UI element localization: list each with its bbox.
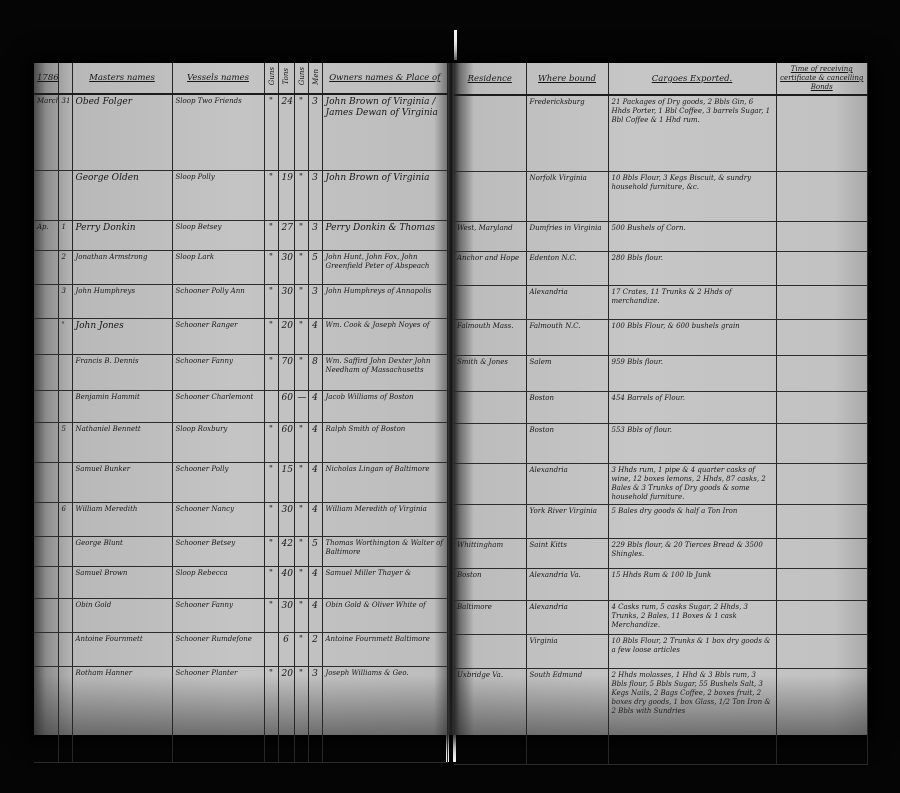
table-row: York River Virginia 5 Bales dry goods & … xyxy=(454,504,868,538)
remarks-cell xyxy=(776,668,868,764)
master-cell: John Jones xyxy=(72,318,172,354)
owners-cell: Ralph Smith of Boston xyxy=(322,422,448,462)
table-row: Alexandria 17 Crates, 11 Trunks & 2 Hhds… xyxy=(454,285,868,319)
col-d-cell: 3 xyxy=(308,170,322,220)
month-cell xyxy=(34,502,58,536)
owners-cell: Nicholas Lingan of Baltimore xyxy=(322,462,448,502)
col-a-cell: " xyxy=(264,462,278,502)
table-row: Anchor and Hope Edenton N.C. 280 Bbls fl… xyxy=(454,251,868,285)
col-d-cell: 3 xyxy=(308,666,322,762)
where-bound-cell: York River Virginia xyxy=(526,504,608,538)
col-c-cell: " xyxy=(294,632,308,666)
col-c-cell: " xyxy=(294,462,308,502)
col-a-cell: " xyxy=(264,598,278,632)
residence-cell: Falmouth Mass. xyxy=(454,319,526,355)
col-c-cell: " xyxy=(294,284,308,318)
table-row: Ap. 1 Perry Donkin Sloop Betsey " 27 " 3… xyxy=(34,220,448,250)
scan-marker-top xyxy=(454,30,457,60)
col-b-cell: 30 xyxy=(278,250,294,284)
master-cell: Obed Folger xyxy=(72,94,172,170)
col-d-cell: 5 xyxy=(308,536,322,566)
owners-cell: Wm. Cook & Joseph Noyes of xyxy=(322,318,448,354)
right-header-row: Residence Where bound Cargoes Exported. … xyxy=(454,63,868,95)
day-cell: 2 xyxy=(58,250,72,284)
owners-cell: Thomas Worthington & Walter of Baltimore xyxy=(322,536,448,566)
cargo-cell: 15 Hhds Rum & 100 lb Junk xyxy=(608,568,776,600)
cargo-cell: 454 Barrels of Flour. xyxy=(608,391,776,423)
col-b-cell: 30 xyxy=(278,502,294,536)
where-bound-cell: Saint Kitts xyxy=(526,538,608,568)
vessel-cell: Schooner Ranger xyxy=(172,318,264,354)
owners-cell: William Meredith of Virginia xyxy=(322,502,448,536)
col-c-cell: " xyxy=(294,422,308,462)
header-where-bound: Where bound xyxy=(526,63,608,95)
col-d-cell: 8 xyxy=(308,354,322,390)
master-cell: Rotham Hanner xyxy=(72,666,172,762)
col-c-cell: " xyxy=(294,666,308,762)
col-d-cell: 3 xyxy=(308,220,322,250)
day-cell: 6 xyxy=(58,502,72,536)
day-cell xyxy=(58,598,72,632)
day-cell xyxy=(58,462,72,502)
left-header-row: 1786 Masters names Vessels names Guns To… xyxy=(34,63,448,94)
col-d-cell: 5 xyxy=(308,250,322,284)
col-c-cell: — xyxy=(294,390,308,422)
col-d-cell: 2 xyxy=(308,632,322,666)
month-cell: March xyxy=(34,94,58,170)
header-col-c: Guns xyxy=(294,63,308,94)
col-c-cell: " xyxy=(294,502,308,536)
table-row: Fredericksburg 21 Packages of Dry goods,… xyxy=(454,95,868,171)
table-row: 2 Jonathan Armstrong Sloop Lark " 30 " 5… xyxy=(34,250,448,284)
table-row: Benjamin Hammit Schooner Charlemont 60 —… xyxy=(34,390,448,422)
header-cargoes: Cargoes Exported. xyxy=(608,63,776,95)
remarks-cell xyxy=(776,600,868,634)
day-cell xyxy=(58,632,72,666)
vessel-cell: Schooner Nancy xyxy=(172,502,264,536)
vessel-cell: Schooner Polly Ann xyxy=(172,284,264,318)
remarks-cell xyxy=(776,221,868,251)
col-c-cell: " xyxy=(294,566,308,598)
month-cell xyxy=(34,598,58,632)
vessel-cell: Sloop Polly xyxy=(172,170,264,220)
master-cell: Jonathan Armstrong xyxy=(72,250,172,284)
header-col-d: Men xyxy=(308,63,322,94)
where-bound-cell: South Edmund xyxy=(526,668,608,764)
col-d-cell: 4 xyxy=(308,422,322,462)
col-a-cell: " xyxy=(264,502,278,536)
master-cell: Perry Donkin xyxy=(72,220,172,250)
owners-cell: Joseph Williams & Geo. xyxy=(322,666,448,762)
cargo-cell: 280 Bbls flour. xyxy=(608,251,776,285)
table-row: Falmouth Mass. Falmouth N.C. 100 Bbls Fl… xyxy=(454,319,868,355)
table-row: Norfolk Virginia 10 Bbls Flour, 3 Kegs B… xyxy=(454,171,868,221)
col-c-cell: " xyxy=(294,94,308,170)
left-page: 1786 Masters names Vessels names Guns To… xyxy=(34,63,448,735)
master-cell: Samuel Brown xyxy=(72,566,172,598)
col-d-cell: 3 xyxy=(308,284,322,318)
residence-cell xyxy=(454,634,526,668)
header-residence: Residence xyxy=(454,63,526,95)
col-a-cell: " xyxy=(264,536,278,566)
cargo-cell: 17 Crates, 11 Trunks & 2 Hhds of merchan… xyxy=(608,285,776,319)
table-row: Francis B. Dennis Schooner Fanny " 70 " … xyxy=(34,354,448,390)
cargo-cell: 229 Bbls flour, & 20 Tierces Bread & 350… xyxy=(608,538,776,568)
residence-cell xyxy=(454,95,526,171)
residence-cell: Whittingham xyxy=(454,538,526,568)
residence-cell: Baltimore xyxy=(454,600,526,634)
right-page: Residence Where bound Cargoes Exported. … xyxy=(454,63,868,735)
table-row: Samuel Brown Sloop Rebecca " 40 " 4 Samu… xyxy=(34,566,448,598)
col-b-cell: 19 xyxy=(278,170,294,220)
remarks-cell xyxy=(776,171,868,221)
col-b-cell: 70 xyxy=(278,354,294,390)
table-row: Rotham Hanner Schooner Planter " 20 " 3 … xyxy=(34,666,448,762)
residence-cell xyxy=(454,423,526,463)
master-cell: George Olden xyxy=(72,170,172,220)
table-row: Obin Gold Schooner Fanny " 30 " 4 Obin G… xyxy=(34,598,448,632)
col-c-cell: " xyxy=(294,220,308,250)
remarks-cell xyxy=(776,285,868,319)
where-bound-cell: Alexandria Va. xyxy=(526,568,608,600)
cargo-cell: 3 Hhds rum, 1 pipe & 4 quarter casks of … xyxy=(608,463,776,504)
master-cell: John Humphreys xyxy=(72,284,172,318)
where-bound-cell: Salem xyxy=(526,355,608,391)
where-bound-cell: Edenton N.C. xyxy=(526,251,608,285)
cargo-cell: 10 Bbls Flour, 2 Trunks & 1 box dry good… xyxy=(608,634,776,668)
day-cell xyxy=(58,566,72,598)
table-row: George Olden Sloop Polly " 19 " 3 John B… xyxy=(34,170,448,220)
owners-cell: Obin Gold & Oliver White of xyxy=(322,598,448,632)
col-b-cell: 60 xyxy=(278,422,294,462)
residence-cell: West, Maryland xyxy=(454,221,526,251)
residence-cell xyxy=(454,171,526,221)
where-bound-cell: Alexandria xyxy=(526,463,608,504)
vessel-cell: Sloop Rebecca xyxy=(172,566,264,598)
left-ledger-table: 1786 Masters names Vessels names Guns To… xyxy=(34,63,448,763)
remarks-cell xyxy=(776,355,868,391)
col-d-cell: 4 xyxy=(308,318,322,354)
col-b-cell: 27 xyxy=(278,220,294,250)
where-bound-cell: Falmouth N.C. xyxy=(526,319,608,355)
month-cell xyxy=(34,354,58,390)
residence-cell xyxy=(454,391,526,423)
table-row: Uxbridge Va. South Edmund 2 Hhds molasse… xyxy=(454,668,868,764)
col-a-cell: " xyxy=(264,666,278,762)
residence-cell: Smith & Jones xyxy=(454,355,526,391)
month-cell: Ap. xyxy=(34,220,58,250)
cargo-cell: 500 Bushels of Corn. xyxy=(608,221,776,251)
day-cell: 3 xyxy=(58,284,72,318)
col-a-cell: " xyxy=(264,318,278,354)
remarks-cell xyxy=(776,634,868,668)
col-b-cell: 60 xyxy=(278,390,294,422)
owners-cell: Perry Donkin & Thomas xyxy=(322,220,448,250)
table-row: Antoine Fournmett Schooner Rumdefone 6 "… xyxy=(34,632,448,666)
col-b-cell: 6 xyxy=(278,632,294,666)
ledger-book: 1786 Masters names Vessels names Guns To… xyxy=(34,63,868,735)
table-row: West, Maryland Dumfries in Virginia 500 … xyxy=(454,221,868,251)
owners-cell: John Brown of Virginia / James Dewan of … xyxy=(322,94,448,170)
owners-cell: Samuel Miller Thayer & xyxy=(322,566,448,598)
day-cell: 5 xyxy=(58,422,72,462)
col-b-cell: 30 xyxy=(278,284,294,318)
owners-cell: Jacob Williams of Boston xyxy=(322,390,448,422)
col-a-cell xyxy=(264,390,278,422)
col-a-cell: " xyxy=(264,94,278,170)
where-bound-cell: Alexandria xyxy=(526,285,608,319)
where-bound-cell: Fredericksburg xyxy=(526,95,608,171)
col-a-cell: " xyxy=(264,284,278,318)
col-b-cell: 42 xyxy=(278,536,294,566)
day-cell xyxy=(58,354,72,390)
where-bound-cell: Virginia xyxy=(526,634,608,668)
day-cell xyxy=(58,536,72,566)
cargo-cell: 10 Bbls Flour, 3 Kegs Biscuit, & sundry … xyxy=(608,171,776,221)
remarks-cell xyxy=(776,538,868,568)
header-vessels-names: Vessels names xyxy=(172,63,264,94)
header-col-a: Guns xyxy=(264,63,278,94)
col-a-cell: " xyxy=(264,566,278,598)
col-b-cell: 40 xyxy=(278,566,294,598)
table-row: Samuel Bunker Schooner Polly " 15 " 4 Ni… xyxy=(34,462,448,502)
vessel-cell: Sloop Two Friends xyxy=(172,94,264,170)
month-cell xyxy=(34,632,58,666)
table-row: 3 John Humphreys Schooner Polly Ann " 30… xyxy=(34,284,448,318)
master-cell: George Blunt xyxy=(72,536,172,566)
col-d-cell: 4 xyxy=(308,566,322,598)
vessel-cell: Sloop Betsey xyxy=(172,220,264,250)
col-a-cell: " xyxy=(264,422,278,462)
header-owners: Owners names & Place of xyxy=(322,63,448,94)
vessel-cell: Sloop Roxbury xyxy=(172,422,264,462)
col-c-cell: " xyxy=(294,250,308,284)
cargo-cell: 5 Bales dry goods & half a Ton Iron xyxy=(608,504,776,538)
table-row: 6 William Meredith Schooner Nancy " 30 "… xyxy=(34,502,448,536)
right-ledger-table: Residence Where bound Cargoes Exported. … xyxy=(454,63,868,765)
remarks-cell xyxy=(776,568,868,600)
where-bound-cell: Dumfries in Virginia xyxy=(526,221,608,251)
remarks-cell xyxy=(776,463,868,504)
col-b-cell: 20 xyxy=(278,666,294,762)
col-b-cell: 15 xyxy=(278,462,294,502)
master-cell: Samuel Bunker xyxy=(72,462,172,502)
month-cell xyxy=(34,318,58,354)
col-b-cell: 30 xyxy=(278,598,294,632)
day-cell xyxy=(58,666,72,762)
cargo-cell: 4 Casks rum, 5 casks Sugar, 2 Hhds, 3 Tr… xyxy=(608,600,776,634)
table-row: Boston 553 Bbls of flour. xyxy=(454,423,868,463)
remarks-cell xyxy=(776,95,868,171)
col-a-cell xyxy=(264,632,278,666)
table-row: Whittingham Saint Kitts 229 Bbls flour, … xyxy=(454,538,868,568)
header-col-b: Tons xyxy=(278,63,294,94)
table-row: Smith & Jones Salem 959 Bbls flour. xyxy=(454,355,868,391)
col-b-cell: 24 xyxy=(278,94,294,170)
master-cell: Nathaniel Bennett xyxy=(72,422,172,462)
col-d-cell: 4 xyxy=(308,502,322,536)
table-row: Boston Alexandria Va. 15 Hhds Rum & 100 … xyxy=(454,568,868,600)
cargo-cell: 21 Packages of Dry goods, 2 Bbls Gin, 6 … xyxy=(608,95,776,171)
col-c-cell: " xyxy=(294,354,308,390)
remarks-cell xyxy=(776,251,868,285)
month-cell xyxy=(34,666,58,762)
col-a-cell: " xyxy=(264,250,278,284)
header-year: 1786 xyxy=(34,63,58,94)
cargo-cell: 553 Bbls of flour. xyxy=(608,423,776,463)
header-day xyxy=(58,63,72,94)
day-cell: 1 xyxy=(58,220,72,250)
month-cell xyxy=(34,462,58,502)
vessel-cell: Schooner Fanny xyxy=(172,354,264,390)
residence-cell xyxy=(454,463,526,504)
owners-cell: Antoine Fournmett Baltimore xyxy=(322,632,448,666)
col-c-cell: " xyxy=(294,318,308,354)
residence-cell: Anchor and Hope xyxy=(454,251,526,285)
col-a-cell: " xyxy=(264,354,278,390)
month-cell xyxy=(34,566,58,598)
header-remarks: Time of receiving certificate & cancelli… xyxy=(776,63,868,95)
day-cell: 31 xyxy=(58,94,72,170)
remarks-cell xyxy=(776,391,868,423)
table-row: " John Jones Schooner Ranger " 20 " 4 Wm… xyxy=(34,318,448,354)
remarks-cell xyxy=(776,423,868,463)
header-masters-names: Masters names xyxy=(72,63,172,94)
master-cell: Benjamin Hammit xyxy=(72,390,172,422)
col-d-cell: 4 xyxy=(308,462,322,502)
month-cell xyxy=(34,422,58,462)
owners-cell: John Humphreys of Annapolis xyxy=(322,284,448,318)
col-c-cell: " xyxy=(294,536,308,566)
residence-cell xyxy=(454,504,526,538)
master-cell: William Meredith xyxy=(72,502,172,536)
month-cell xyxy=(34,250,58,284)
cargo-cell: 2 Hhds molasses, 1 Hhd & 3 Bbls rum, 3 B… xyxy=(608,668,776,764)
where-bound-cell: Norfolk Virginia xyxy=(526,171,608,221)
vessel-cell: Schooner Charlemont xyxy=(172,390,264,422)
where-bound-cell: Boston xyxy=(526,391,608,423)
vessel-cell: Schooner Polly xyxy=(172,462,264,502)
master-cell: Francis B. Dennis xyxy=(72,354,172,390)
col-b-cell: 20 xyxy=(278,318,294,354)
master-cell: Obin Gold xyxy=(72,598,172,632)
table-row: Boston 454 Barrels of Flour. xyxy=(454,391,868,423)
day-cell: " xyxy=(58,318,72,354)
month-cell xyxy=(34,390,58,422)
owners-cell: John Brown of Virginia xyxy=(322,170,448,220)
vessel-cell: Schooner Fanny xyxy=(172,598,264,632)
owners-cell: Wm. Saffird John Dexter John Needham of … xyxy=(322,354,448,390)
table-row: Baltimore Alexandria 4 Casks rum, 5 cask… xyxy=(454,600,868,634)
month-cell xyxy=(34,536,58,566)
table-row: Virginia 10 Bbls Flour, 2 Trunks & 1 box… xyxy=(454,634,868,668)
table-row: 5 Nathaniel Bennett Sloop Roxbury " 60 "… xyxy=(34,422,448,462)
month-cell xyxy=(34,284,58,318)
residence-cell: Boston xyxy=(454,568,526,600)
cargo-cell: 959 Bbls flour. xyxy=(608,355,776,391)
month-cell xyxy=(34,170,58,220)
vessel-cell: Schooner Planter xyxy=(172,666,264,762)
table-row: Alexandria 3 Hhds rum, 1 pipe & 4 quarte… xyxy=(454,463,868,504)
remarks-cell xyxy=(776,504,868,538)
col-a-cell: " xyxy=(264,170,278,220)
remarks-cell xyxy=(776,319,868,355)
where-bound-cell: Alexandria xyxy=(526,600,608,634)
day-cell xyxy=(58,170,72,220)
residence-cell xyxy=(454,285,526,319)
table-row: March 31 Obed Folger Sloop Two Friends "… xyxy=(34,94,448,170)
where-bound-cell: Boston xyxy=(526,423,608,463)
master-cell: Antoine Fournmett xyxy=(72,632,172,666)
vessel-cell: Schooner Betsey xyxy=(172,536,264,566)
cargo-cell: 100 Bbls Flour, & 600 bushels grain xyxy=(608,319,776,355)
vessel-cell: Schooner Rumdefone xyxy=(172,632,264,666)
day-cell xyxy=(58,390,72,422)
col-d-cell: 3 xyxy=(308,94,322,170)
col-a-cell: " xyxy=(264,220,278,250)
col-c-cell: " xyxy=(294,170,308,220)
col-c-cell: " xyxy=(294,598,308,632)
col-d-cell: 4 xyxy=(308,390,322,422)
col-d-cell: 4 xyxy=(308,598,322,632)
owners-cell: John Hunt, John Fox, John Greenfield Pet… xyxy=(322,250,448,284)
table-row: George Blunt Schooner Betsey " 42 " 5 Th… xyxy=(34,536,448,566)
residence-cell: Uxbridge Va. xyxy=(454,668,526,764)
vessel-cell: Sloop Lark xyxy=(172,250,264,284)
